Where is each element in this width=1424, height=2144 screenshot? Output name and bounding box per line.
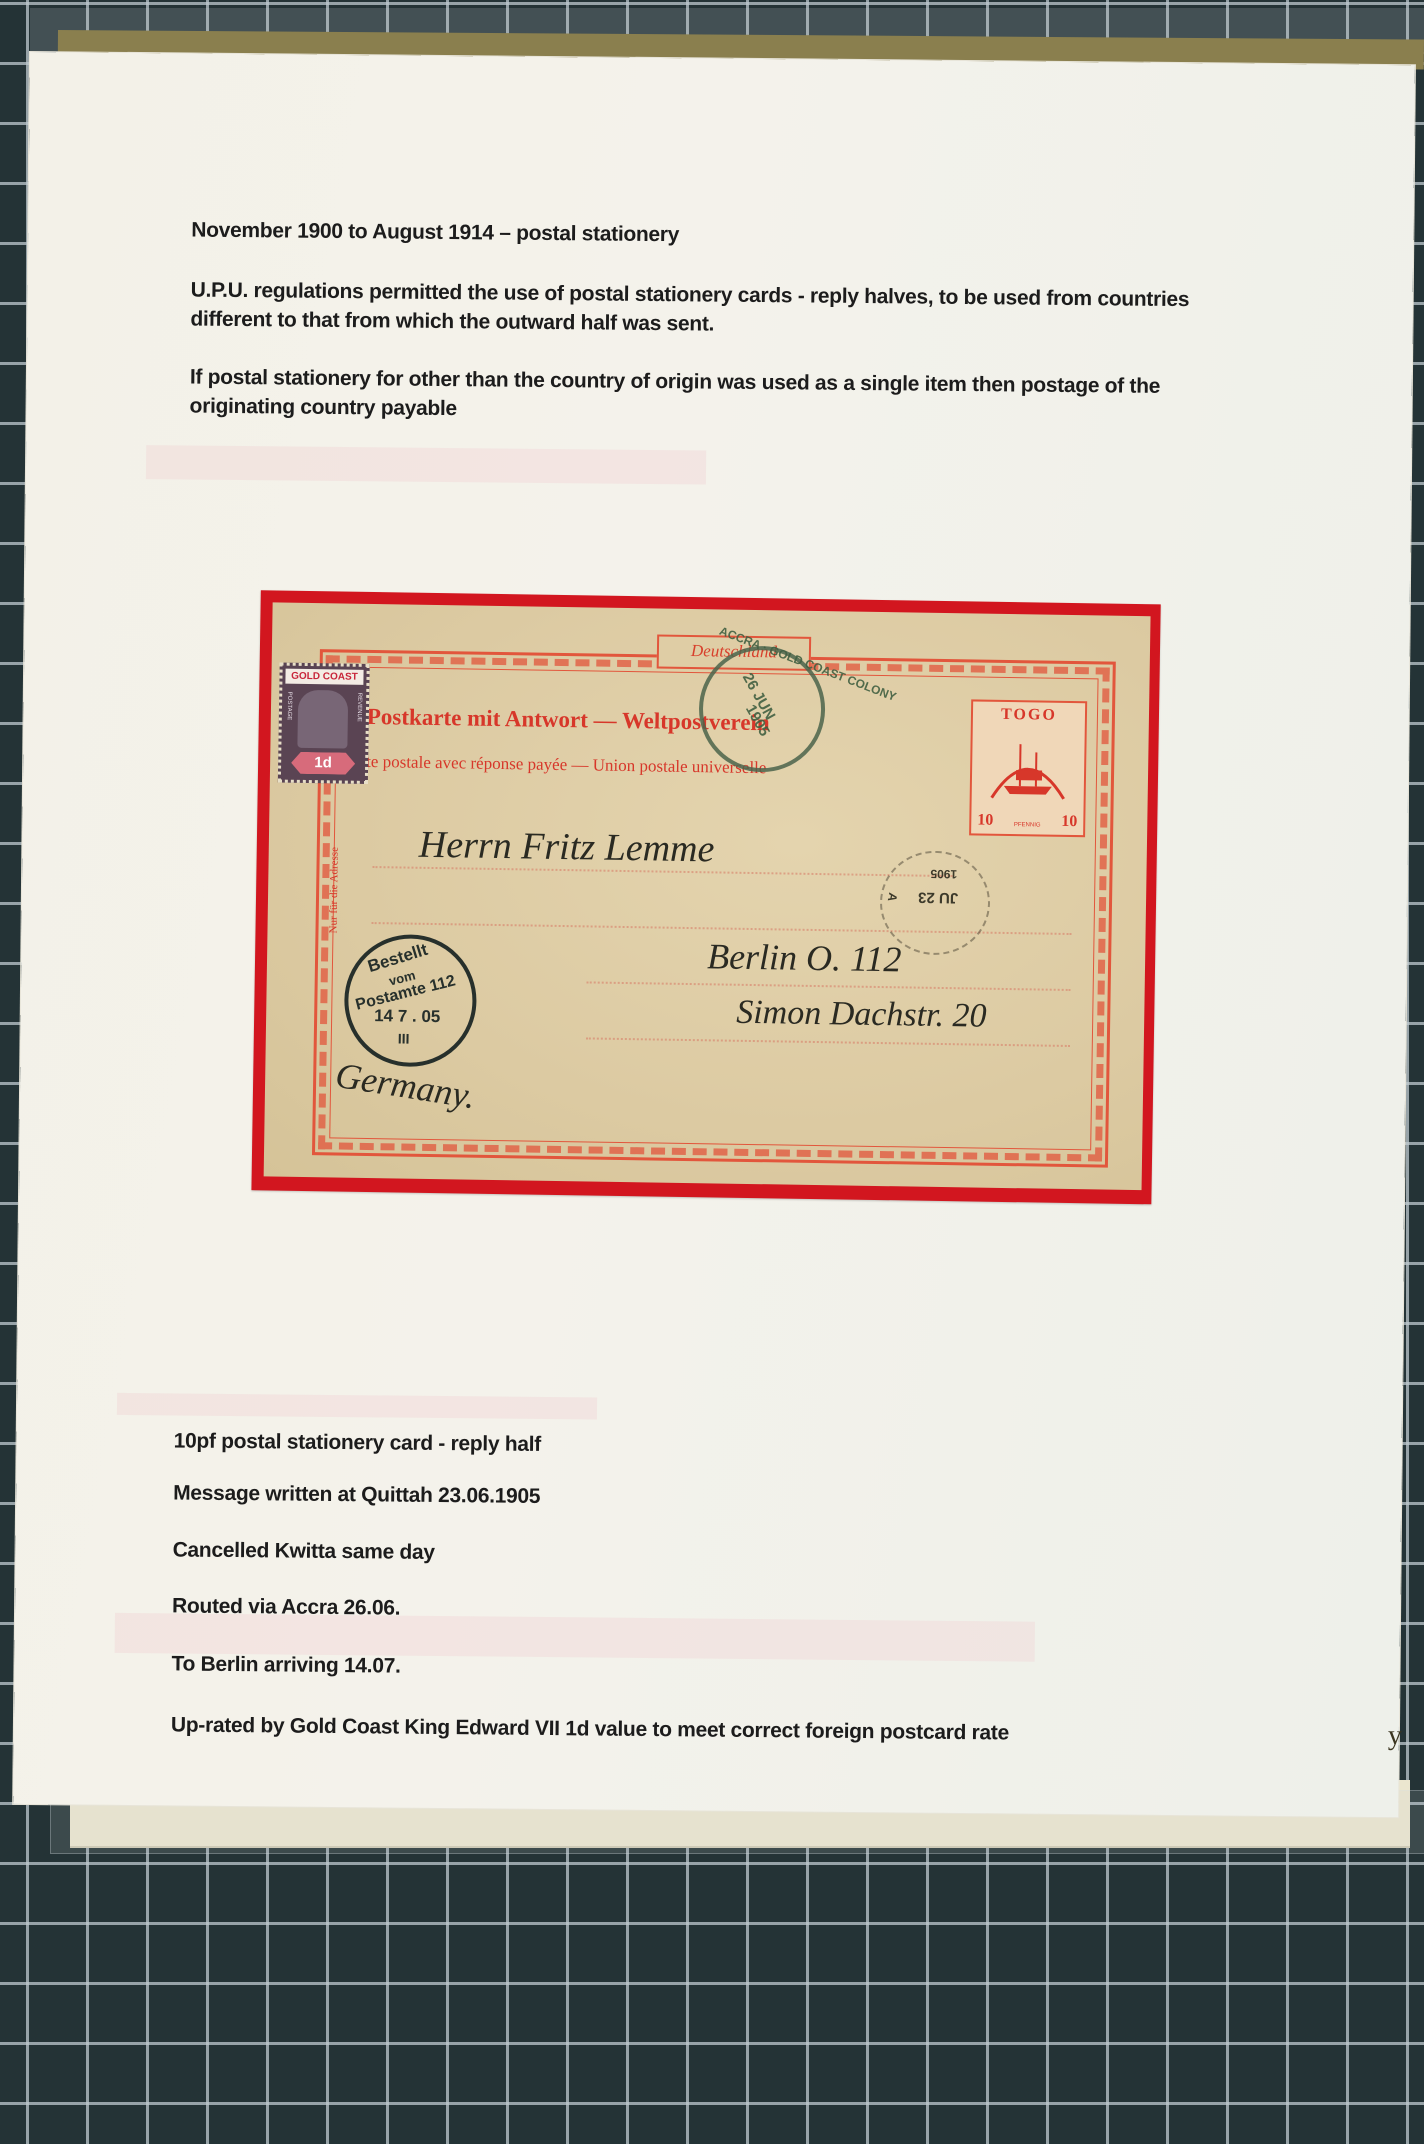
kwitta-letter: A (885, 892, 900, 903)
indicium-value-left: 10 (977, 812, 993, 830)
note-line: Cancelled Kwitta same day (173, 1538, 435, 1565)
stamp-value: 1d (291, 752, 355, 775)
king-portrait-icon (297, 690, 348, 749)
berlin-date: 14 7 . 05 (374, 1006, 440, 1027)
card-side-text: Nur für die Adresse (327, 847, 340, 934)
stamp-side-right: REVENUE (356, 693, 362, 722)
address-city: Berlin O. 112 (707, 935, 902, 980)
edge-glyph: y (1388, 1720, 1402, 1752)
note-line: Message written at Quittah 23.06.1905 (173, 1481, 540, 1509)
gold-coast-stamp: GOLD COAST POSTAGE REVENUE 1d (278, 663, 370, 784)
album-page: November 1900 to August 1914 – postal st… (13, 52, 1415, 1817)
page-title: November 1900 to August 1914 – postal st… (191, 219, 679, 248)
note-line: To Berlin arriving 14.07. (171, 1652, 400, 1678)
address-name: Herrn Fritz Lemme (419, 823, 715, 872)
highlight-band (117, 1393, 597, 1420)
indicium-unit: PFENNIG (1001, 822, 1053, 829)
stamp-side-left: POSTAGE (286, 692, 292, 721)
togo-indicium: TOGO 10 PFENNIG 10 (969, 699, 1087, 837)
note-line: Up-rated by Gold Coast King Edward VII 1… (171, 1713, 1009, 1745)
highlight-band (146, 445, 706, 484)
note-line: Routed via Accra 26.06. (172, 1594, 400, 1620)
indicium-value-right: 10 (1061, 813, 1077, 831)
card-mount: Deutschland Postkarte mit Antwort — Welt… (251, 590, 1160, 1204)
indicium-country: TOGO (973, 705, 1085, 725)
berlin-suffix: III (398, 1030, 410, 1046)
stamp-country: GOLD COAST (285, 669, 363, 685)
postal-card: Deutschland Postkarte mit Antwort — Welt… (264, 602, 1151, 1190)
paragraph-origin: If postal stationery for other than the … (189, 363, 1220, 431)
kwitta-year: 1905 (930, 867, 957, 881)
address-street: Simon Dachstr. 20 (736, 994, 987, 1036)
kwitta-date: JU 23 (918, 889, 958, 907)
ship-icon (986, 730, 1071, 803)
paragraph-upu: U.P.U. regulations permitted the use of … (190, 276, 1221, 344)
note-line: 10pf postal stationery card - reply half (174, 1429, 541, 1457)
